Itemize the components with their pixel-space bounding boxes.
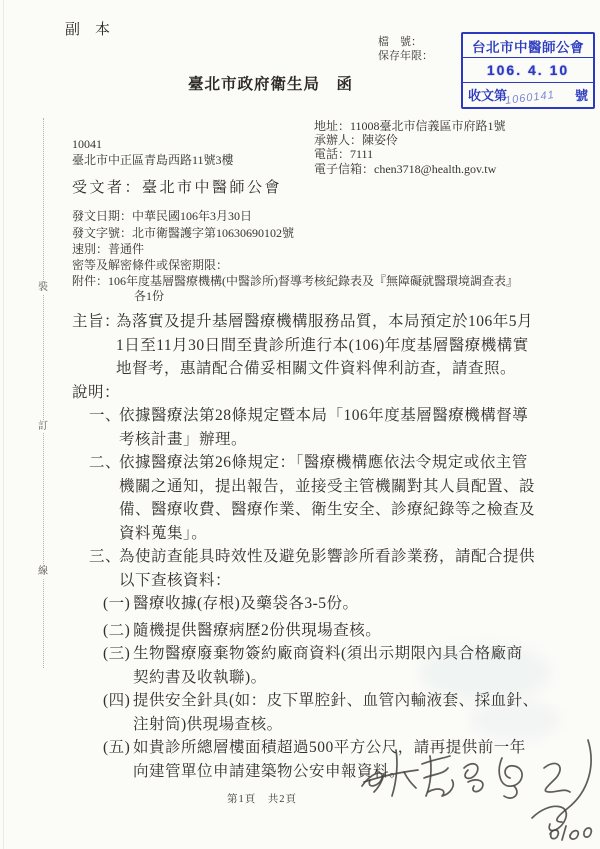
scan-edge-line bbox=[3, 0, 4, 849]
item-1-line-1: 依據醫療法第28條規定暨本局「106年度基層醫療機構督導 bbox=[119, 403, 528, 425]
item-2-line-4: 資料蒐集」。 bbox=[119, 521, 207, 543]
subject-line-2: 1日至11月30日間至貴診所進行本(106)年度基層醫療機構實 bbox=[116, 333, 529, 355]
stamp-receive-line: 收文第 1060141 號 bbox=[463, 83, 593, 106]
recipient-address: 臺北市中正區青島西路11號3樓 bbox=[72, 151, 234, 168]
item-3-line-2: 以下查核資料： bbox=[119, 568, 231, 590]
meta-issue-date: 發文日期：中華民國106年3月30日 bbox=[72, 207, 252, 224]
file-no-label: 檔 號： bbox=[378, 35, 433, 49]
meta-attachment-line-2: 各1份 bbox=[134, 287, 164, 304]
stamp-date: 106. 4. 10 bbox=[463, 58, 593, 83]
receipt-stamp: 台北市中醫師公會 106. 4. 10 收文第 1060141 號 bbox=[461, 32, 595, 109]
sender-address: 地址：11008臺北市信義區市府路1號 bbox=[314, 119, 506, 133]
footer-page-number: 第1頁 共2頁 bbox=[227, 791, 297, 806]
sender-phone: 電話：7111 bbox=[314, 147, 506, 161]
meta-doc-number: 發文字號：北市衛醫護字第10630690102號 bbox=[72, 224, 294, 241]
subitem-3-line-1: 生物醫療廢棄物簽約廠商資料(須出示期限內具合格廠商 bbox=[133, 641, 523, 663]
subitem-1-line-1: 醫療收據(存根)及藥袋各3-5份。 bbox=[133, 591, 359, 613]
retention-label: 保存年限： bbox=[378, 49, 433, 63]
stamp-org-name: 台北市中醫師公會 bbox=[463, 34, 593, 58]
subject-label: 主旨： bbox=[72, 309, 120, 331]
sender-email: 電子信箱：chen3718@health.gov.tw bbox=[314, 162, 506, 176]
item-3-line-1: 為使訪查能具時效性及避免影響診所看診業務，請配合提供 bbox=[119, 544, 535, 566]
stamp-receive-number-handwritten: 1060141 bbox=[504, 89, 555, 107]
stamp-receive-suffix: 號 bbox=[575, 85, 588, 104]
subject-line-1: 為落實及提升基層醫療機構服務品質，本局預定於106年5月 bbox=[116, 309, 533, 331]
document-title: 臺北市政府衛生局 函 bbox=[188, 72, 353, 94]
subject-line-3: 地督考，惠請配合備妥相關文件資料俾利訪查，請查照。 bbox=[116, 356, 516, 378]
binding-mark-xian: 線 bbox=[36, 566, 50, 578]
sender-contact-person: 承辦人：陳姿伶 bbox=[314, 133, 506, 147]
meta-priority: 速別：普通件 bbox=[72, 240, 144, 257]
item-1-number: 一、 bbox=[89, 403, 121, 425]
subitem-2-line-1: 隨機提供醫療病歷2份供現場查核。 bbox=[133, 618, 381, 640]
subitem-3-number: (三) bbox=[103, 641, 130, 663]
item-1-line-2: 考核計畫」辦理。 bbox=[119, 427, 247, 449]
binding-mark-ding: 訂 bbox=[36, 421, 50, 433]
subitem-4-number: (四) bbox=[103, 688, 130, 710]
file-number-block: 檔 號： 保存年限： bbox=[378, 35, 433, 63]
item-2-line-3: 備、醫療收費、醫療作業、衛生安全、診療紀錄等之檢查及 bbox=[119, 497, 535, 519]
subitem-4-line-2: 注射筒)供現場查核。 bbox=[133, 712, 283, 734]
stamp-receive-prefix: 收文第 bbox=[468, 85, 507, 104]
recipient-line: 受文者：臺北市中醫師公會 bbox=[72, 176, 282, 197]
item-2-line-1: 依據醫療法第26條規定：「醫療機構應依法令規定或依主管 bbox=[119, 450, 528, 472]
binding-dotted-line bbox=[43, 118, 44, 668]
copy-label: 副 本 bbox=[65, 18, 110, 39]
subitem-5-number: (五) bbox=[103, 735, 130, 757]
meta-attachment-line-1: 附件：106年度基層醫療機構(中醫診所)督導考核紀錄表及『無障礙就醫環境調查表』 bbox=[72, 272, 518, 289]
meta-security: 密等及解密條件或保密期限： bbox=[72, 256, 228, 273]
item-2-number: 二、 bbox=[89, 450, 121, 472]
scanned-letter-page: { "document": { "copy_label": "副 本", "fi… bbox=[0, 0, 600, 849]
item-3-number: 三、 bbox=[89, 544, 121, 566]
item-2-line-2: 機關之通知，提出報告，並接受主管機關對其人員配置、設 bbox=[119, 474, 535, 496]
binding-mark-zhuang: 裝 bbox=[36, 282, 50, 294]
subitem-4-line-1: 提供安全針具(如：皮下單腔針、血管內輸液套、採血針、 bbox=[133, 688, 539, 710]
handwritten-signature bbox=[352, 734, 600, 846]
subitem-1-number: (一) bbox=[103, 591, 130, 613]
explanation-label: 說明： bbox=[72, 380, 120, 402]
subitem-2-number: (二) bbox=[103, 618, 130, 640]
sender-info-block: 地址：11008臺北市信義區市府路1號 承辦人：陳姿伶 電話：7111 電子信箱… bbox=[314, 119, 506, 176]
subitem-3-line-2: 契約書及收執聯)。 bbox=[133, 665, 267, 687]
